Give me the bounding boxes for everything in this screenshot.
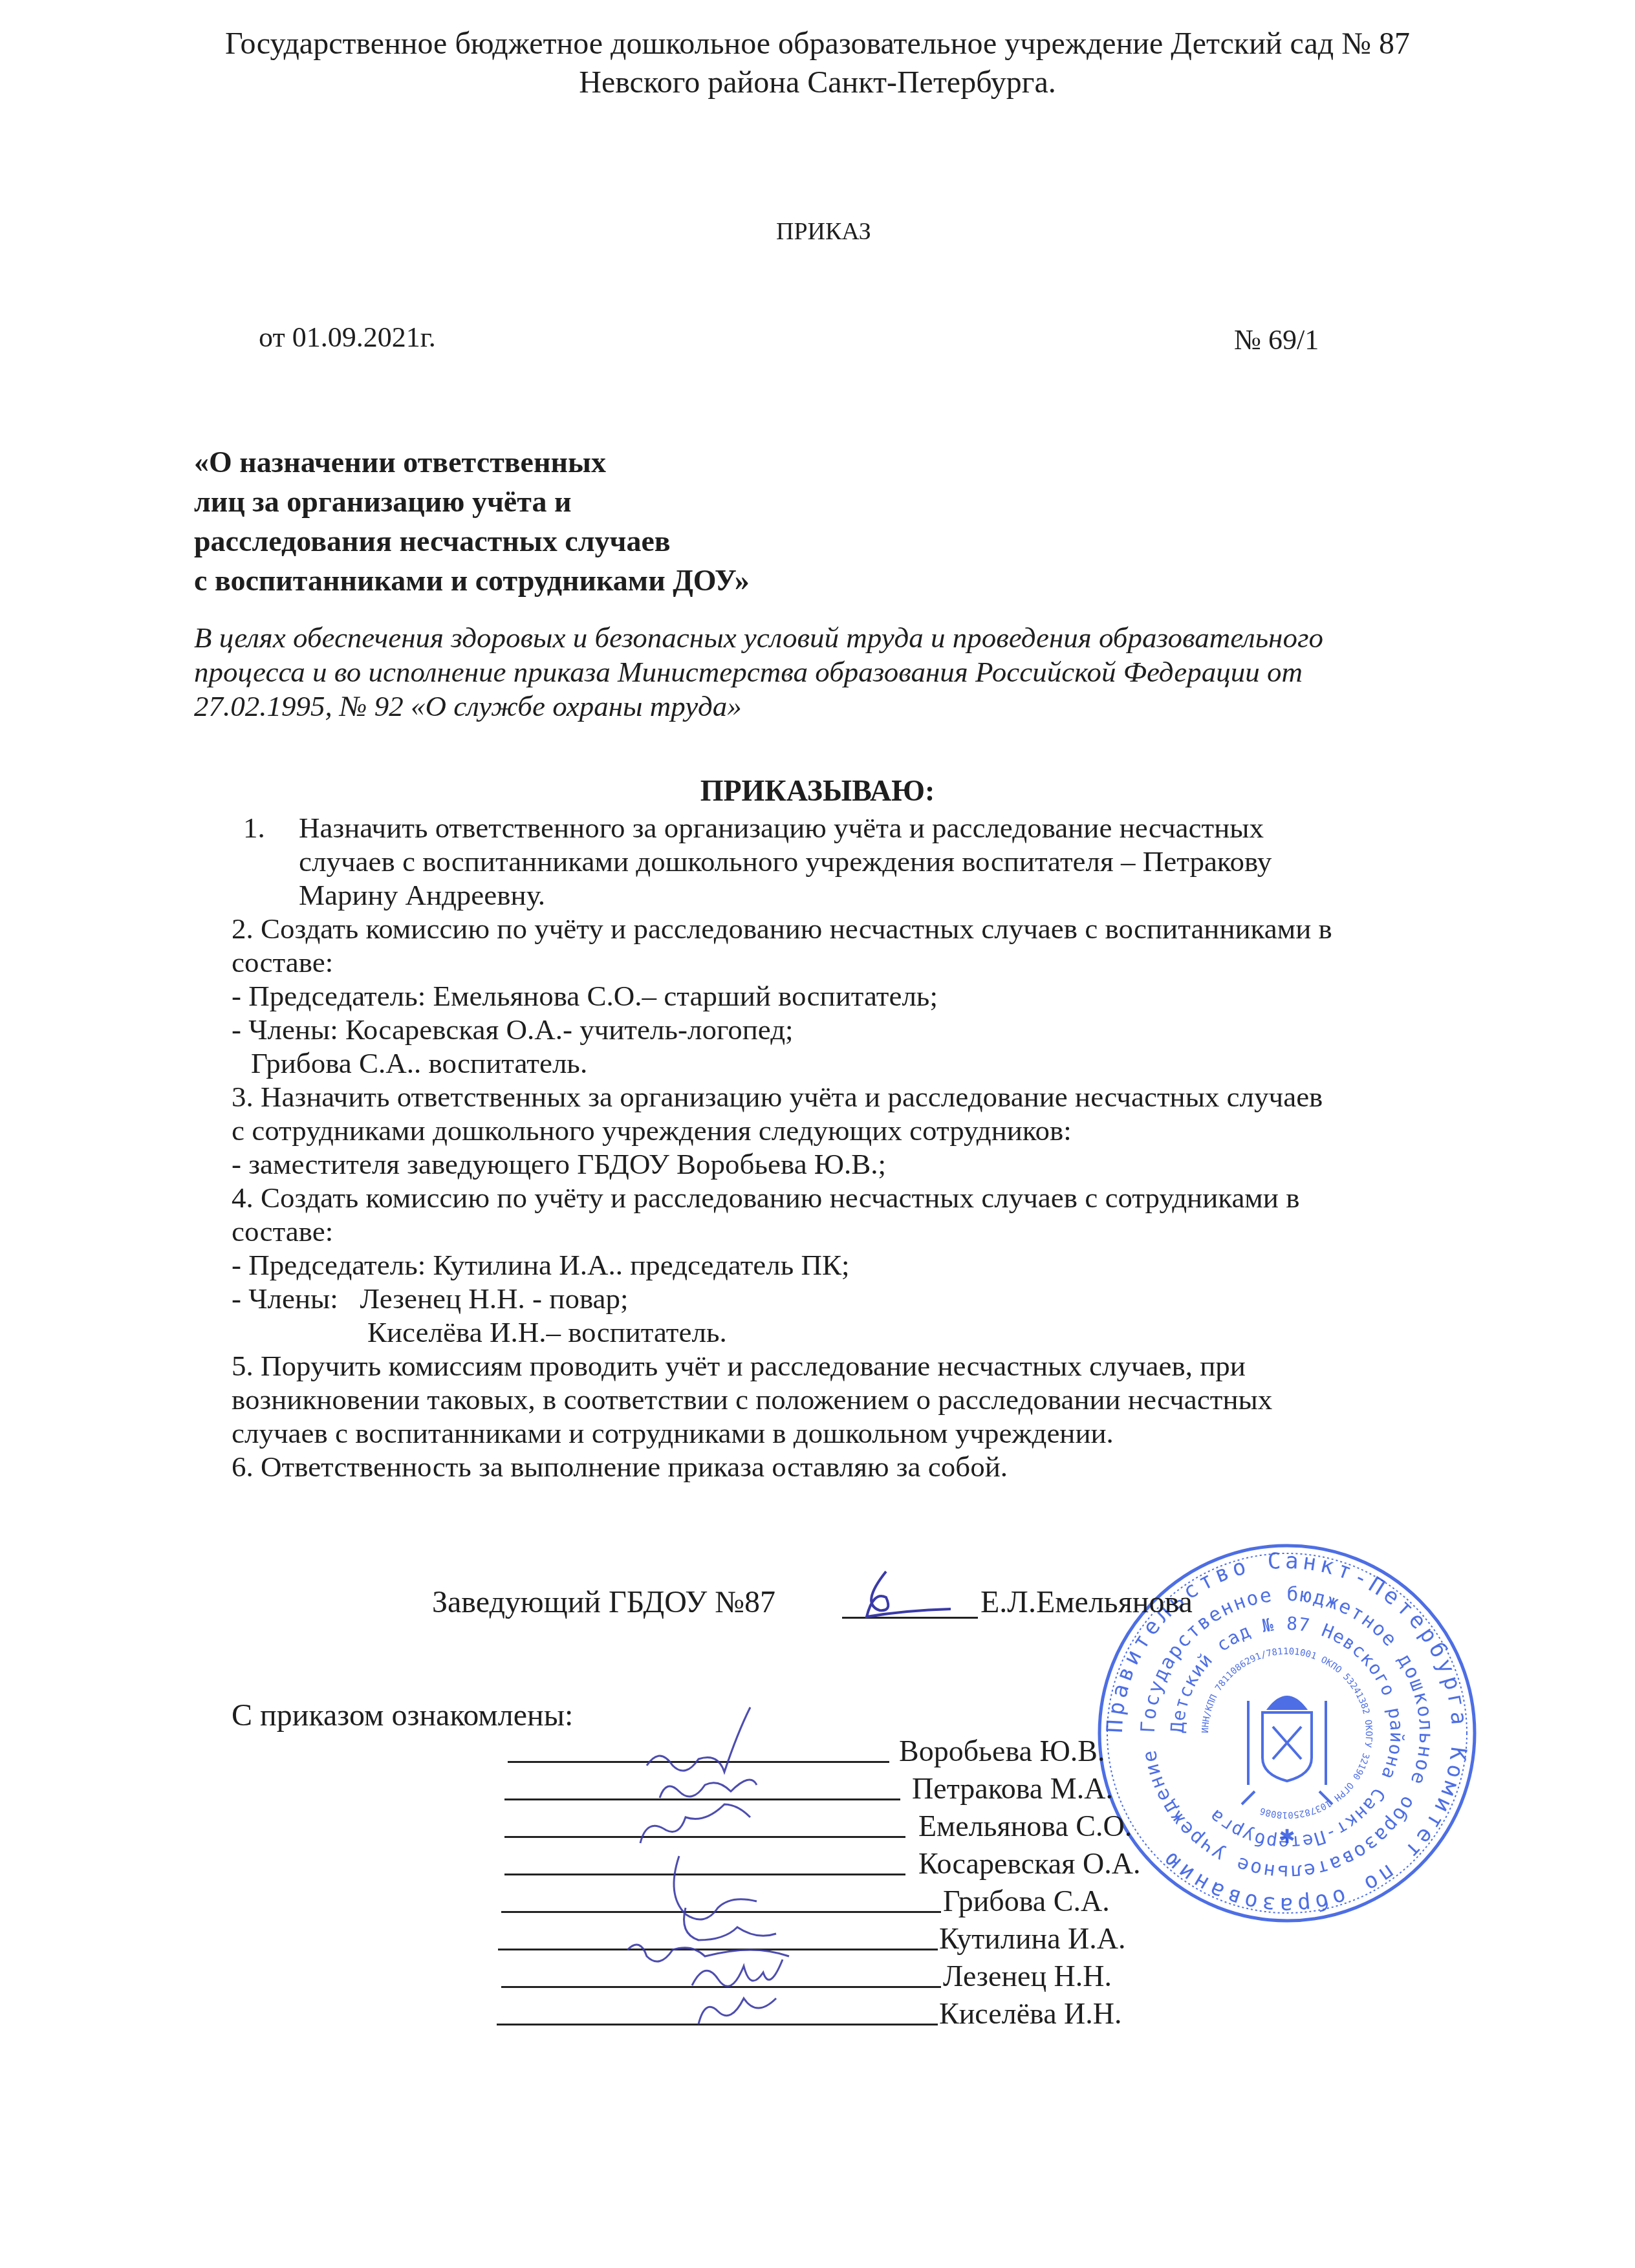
title-line: расследования несчастных случаев (194, 521, 750, 561)
institution-name-line1: Государственное бюджетное дошкольное обр… (0, 25, 1635, 63)
preamble-line: 27.02.1995, № 92 «О службе охраны труда» (194, 689, 1488, 724)
item-6-line: 6. Ответственность за выполнение приказа… (232, 1450, 1525, 1484)
order-title: «О назначении ответственных лиц за орган… (194, 442, 750, 600)
item-3-line: с сотрудниками дошкольного учреждения сл… (232, 1114, 1525, 1147)
item-text: Назначить ответственного за организацию … (299, 812, 1264, 844)
item-2-line: 2. Создать комиссию по учёту и расследов… (232, 912, 1525, 945)
title-line: «О назначении ответственных (194, 442, 750, 482)
ack-name: Косаревская О.А. (918, 1846, 1140, 1881)
item-2-chair: - Председатель: Емельянова С.О.– старший… (232, 979, 1525, 1013)
item-3-line: - заместителя заведующего ГБДОУ Воробьев… (232, 1147, 1525, 1181)
document-type: ПРИКАЗ (776, 217, 871, 246)
order-date: от 01.09.2021г. (259, 321, 436, 354)
order-heading: ПРИКАЗЫВАЮ: (0, 773, 1635, 808)
item-4-line: 4. Создать комиссию по учёту и расследов… (232, 1181, 1525, 1215)
ack-name: Лезенец Н.Н. (943, 1959, 1112, 1993)
handwritten-signatures-icon (621, 1701, 867, 2037)
item-4-member: Киселёва И.Н.– воспитатель. (232, 1315, 1525, 1349)
title-line: с воспитанниками и сотрудниками ДОУ» (194, 561, 750, 600)
signatory-block: Заведующий ГБДОУ №87 (432, 1584, 775, 1620)
item-1-line: случаев с воспитанниками дошкольного учр… (232, 845, 1525, 878)
item-3-line: 3. Назначить ответственных за организаци… (232, 1080, 1525, 1114)
item-2-member: Грибова С.А.. воспитатель. (232, 1046, 1525, 1080)
item-1: 1.Назначить ответственного за организаци… (232, 811, 1525, 845)
item-2-members: - Члены: Косаревская О.А.- учитель-логоп… (232, 1013, 1525, 1046)
institution-header: Государственное бюджетное дошкольное обр… (0, 25, 1635, 102)
institution-name-line2: Невского района Санкт-Петербурга. (0, 63, 1635, 102)
item-1-line: Марину Андреевну. (232, 878, 1525, 912)
director-signature-icon (847, 1565, 977, 1623)
item-4-members: - Члены: Лезенец Н.Н. - повар; (232, 1282, 1525, 1315)
item-4-chair: - Председатель: Кутилина И.А.. председат… (232, 1248, 1525, 1282)
ack-name: Емельянова С.О. (918, 1809, 1132, 1843)
item-5-line: 5. Поручить комиссиям проводить учёт и р… (232, 1349, 1525, 1383)
item-5-line: возникновении таковых, в соответствии с … (232, 1383, 1525, 1416)
item-4-line: составе: (232, 1215, 1525, 1248)
order-body: 1.Назначить ответственного за организаци… (232, 811, 1525, 1484)
preamble-line: процесса и во исполнение приказа Министе… (194, 655, 1488, 689)
item-2-line: составе: (232, 945, 1525, 979)
signatory-name: Е.Л.Емельянова (980, 1584, 1193, 1620)
title-line: лиц за организацию учёта и (194, 482, 750, 521)
ack-name: Киселёва И.Н. (939, 1996, 1122, 2031)
preamble-line: В целях обеспечения здоровых и безопасны… (194, 621, 1488, 655)
ack-name: Воробьева Ю.В. (899, 1734, 1105, 1768)
item-5-line: случаев с воспитанниками и сотрудниками … (232, 1416, 1525, 1450)
preamble: В целях обеспечения здоровых и безопасны… (194, 621, 1488, 724)
ack-name: Грибова С.А. (943, 1884, 1110, 1918)
item-number: 1. (243, 811, 299, 845)
signatory-position: Заведующий ГБДОУ №87 (432, 1585, 775, 1619)
ack-name: Петракова М.А. (912, 1771, 1113, 1806)
order-number: № 69/1 (1234, 323, 1319, 356)
ack-name: Кутилина И.А. (939, 1921, 1126, 1956)
